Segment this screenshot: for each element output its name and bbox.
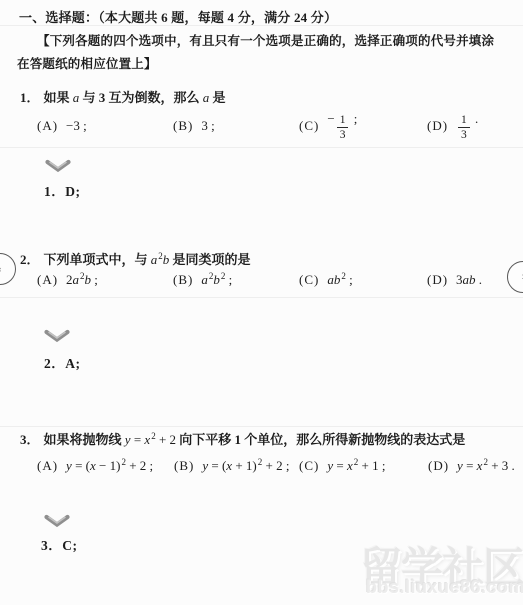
option-label: (B) [174, 458, 194, 474]
chevron-down-icon [45, 160, 71, 177]
option-a: (A)y = (x − 1)2 + 2 ; [37, 452, 153, 480]
divider [0, 147, 523, 148]
option-value: 13 . [456, 111, 478, 141]
question-1-stem: 1．如果 a 与 3 互为倒数，那么 a 是 [20, 87, 226, 106]
option-c: (C)y = x2 + 1 ; [299, 452, 385, 480]
option-value: 3 ; [201, 118, 214, 134]
answer-3: 3．C; [41, 534, 78, 554]
option-d: (D)13 . [427, 109, 478, 143]
option-b: (B)y = (x + 1)2 + 2 ; [174, 452, 289, 480]
option-a: (A)2a2b ; [37, 267, 98, 293]
option-label: (A) [37, 272, 58, 288]
option-label: (C) [299, 118, 319, 134]
question-3-stem: 3．如果将抛物线 y = x2 + 2 向下平移 1 个单位，那么所得新抛物线的… [20, 429, 465, 448]
option-value: −13 ; [327, 111, 357, 141]
option-b: (B)3 ; [173, 109, 215, 143]
option-label: (A) [37, 458, 58, 474]
option-d: (D)y = x2 + 3 . [428, 452, 515, 480]
divider [0, 426, 523, 427]
section-title: 一、选择题：（本大题共 6 题，每题 4 分，满分 24 分） [19, 7, 337, 26]
question-text: 下列单项式中，与 a2b 是同类项的是 [44, 252, 251, 267]
option-label: (D) [427, 118, 448, 134]
toggle-answer-1[interactable] [45, 159, 71, 173]
option-label: (B) [173, 118, 193, 134]
option-label: (D) [427, 272, 448, 288]
question-number: 2． [20, 252, 40, 267]
page-edge-circle-right: ∶ [507, 261, 523, 293]
question-number: 1． [20, 90, 40, 105]
option-label: (D) [428, 458, 449, 474]
answer-1: 1．D; [44, 180, 81, 200]
answer-2: 2．A; [44, 352, 81, 372]
divider [0, 25, 523, 26]
option-label: (A) [37, 118, 58, 134]
chevron-down-icon [44, 330, 70, 347]
question-number: 3． [20, 432, 40, 447]
option-c: (C)−13 ; [299, 109, 357, 143]
option-value: y = (x − 1)2 + 2 ; [66, 458, 153, 474]
toggle-answer-3[interactable] [44, 514, 70, 528]
option-label: (B) [173, 272, 193, 288]
toggle-answer-2[interactable] [44, 329, 70, 343]
question-2-stem: 2．下列单项式中，与 a2b 是同类项的是 [20, 249, 251, 268]
option-b: (B)a2b2 ; [173, 267, 232, 293]
option-a: (A)−3 ; [37, 109, 87, 143]
option-c: (C)ab2 ; [299, 267, 353, 293]
option-value: a2b2 ; [201, 272, 232, 288]
exam-document-page: 一、选择题：（本大题共 6 题，每题 4 分，满分 24 分） 【下列各题的四个… [0, 0, 523, 605]
question-text: 如果 a 与 3 互为倒数，那么 a 是 [44, 90, 226, 105]
option-label: (C) [299, 272, 319, 288]
option-value: y = (x + 1)2 + 2 ; [202, 458, 289, 474]
watermark-url: bbs.liuxue86.com [366, 577, 523, 598]
question-text: 如果将抛物线 y = x2 + 2 向下平移 1 个单位，那么所得新抛物线的表达… [44, 432, 466, 447]
page-edge-circle-left: ‹ [0, 253, 16, 285]
option-value: y = x2 + 3 . [457, 458, 515, 474]
option-label: (C) [299, 458, 319, 474]
edge-mark-glyph: ‹ [0, 264, 2, 274]
option-value: 2a2b ; [66, 272, 98, 288]
option-value: ab2 ; [327, 272, 352, 288]
chevron-down-icon [44, 515, 70, 532]
option-value: 3ab . [456, 272, 482, 288]
option-d: (D)3ab . [427, 267, 482, 293]
option-value: y = x2 + 1 ; [327, 458, 385, 474]
instructions-text: 【下列各题的四个选项中，有且只有一个选项是正确的，选择正确项的代号并填涂在答题纸… [17, 30, 495, 75]
divider [0, 297, 523, 298]
option-value: −3 ; [66, 118, 87, 134]
